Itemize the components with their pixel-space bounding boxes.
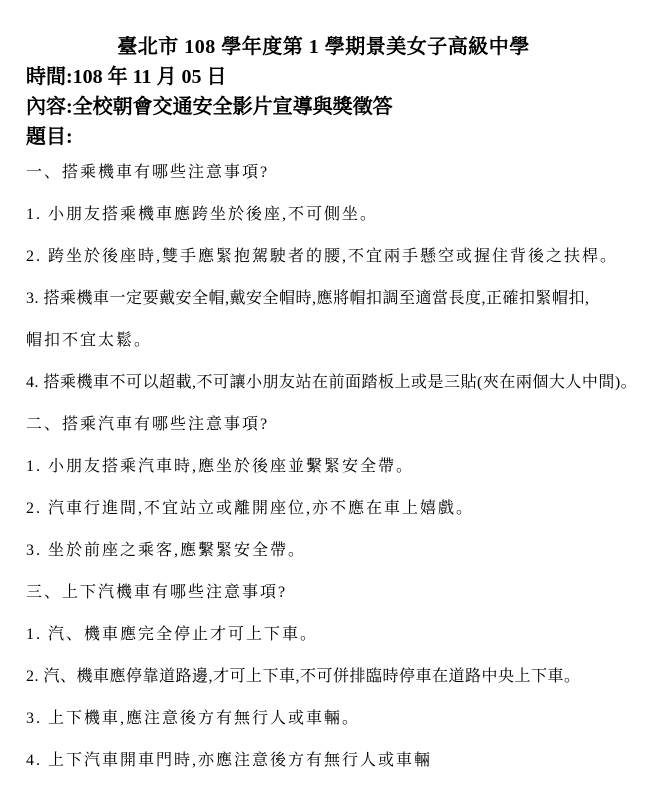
doc-line: 2. 跨坐於後座時,雙手應緊抱駕駛者的腰,不宜兩手懸空或握住背後之扶桿。	[26, 236, 647, 278]
doc-line-question-1: 一、搭乘機車有哪些注意事項?	[26, 152, 647, 194]
meta-time: 時間:108 年 11 月 05 日	[26, 62, 647, 92]
doc-line: 1. 汽、機車應完全停止才可上下車。	[26, 614, 647, 656]
meta-topic: 題目:	[26, 122, 647, 152]
doc-line: 3. 上下機車,應注意後方有無行人或車輛。	[26, 698, 647, 740]
doc-line: 3. 坐於前座之乘客,應繫緊安全帶。	[26, 530, 647, 572]
doc-line: 2. 汽、機車應停靠道路邊,才可上下車,不可併排臨時停車在道路中央上下車。	[26, 656, 647, 698]
document-body: 一、搭乘機車有哪些注意事項? 1. 小朋友搭乘機車應跨坐於後座,不可側坐。 2.…	[26, 152, 647, 782]
doc-line-continuation: 帽扣不宜太鬆。	[26, 320, 647, 362]
doc-line: 3. 搭乘機車一定要戴安全帽,戴安全帽時,應將帽扣調至適當長度,正確扣緊帽扣,	[26, 278, 647, 320]
doc-title: 臺北市 108 學年度第 1 學期景美女子高級中學	[0, 32, 647, 62]
doc-line: 1. 小朋友搭乘機車應跨坐於後座,不可側坐。	[26, 194, 647, 236]
document-page: 臺北市 108 學年度第 1 學期景美女子高級中學 時間:108 年 11 月 …	[0, 0, 647, 801]
doc-line: 1. 小朋友搭乘汽車時,應坐於後座並繫緊安全帶。	[26, 446, 647, 488]
doc-line: 2. 汽車行進間,不宜站立或離開座位,亦不應在車上嬉戲。	[26, 488, 647, 530]
doc-line-question-2: 二、搭乘汽車有哪些注意事項?	[26, 404, 647, 446]
doc-line: 4. 搭乘機車不可以超載,不可讓小朋友站在前面踏板上或是三貼(夾在兩個大人中間)…	[26, 362, 647, 404]
doc-line: 4. 上下汽車開車門時,亦應注意後方有無行人或車輛	[26, 740, 647, 782]
doc-line-question-3: 三、上下汽機車有哪些注意事項?	[26, 572, 647, 614]
document-header: 臺北市 108 學年度第 1 學期景美女子高級中學 時間:108 年 11 月 …	[26, 32, 647, 152]
meta-content: 內容:全校朝會交通安全影片宣導與獎徵答	[26, 92, 647, 122]
